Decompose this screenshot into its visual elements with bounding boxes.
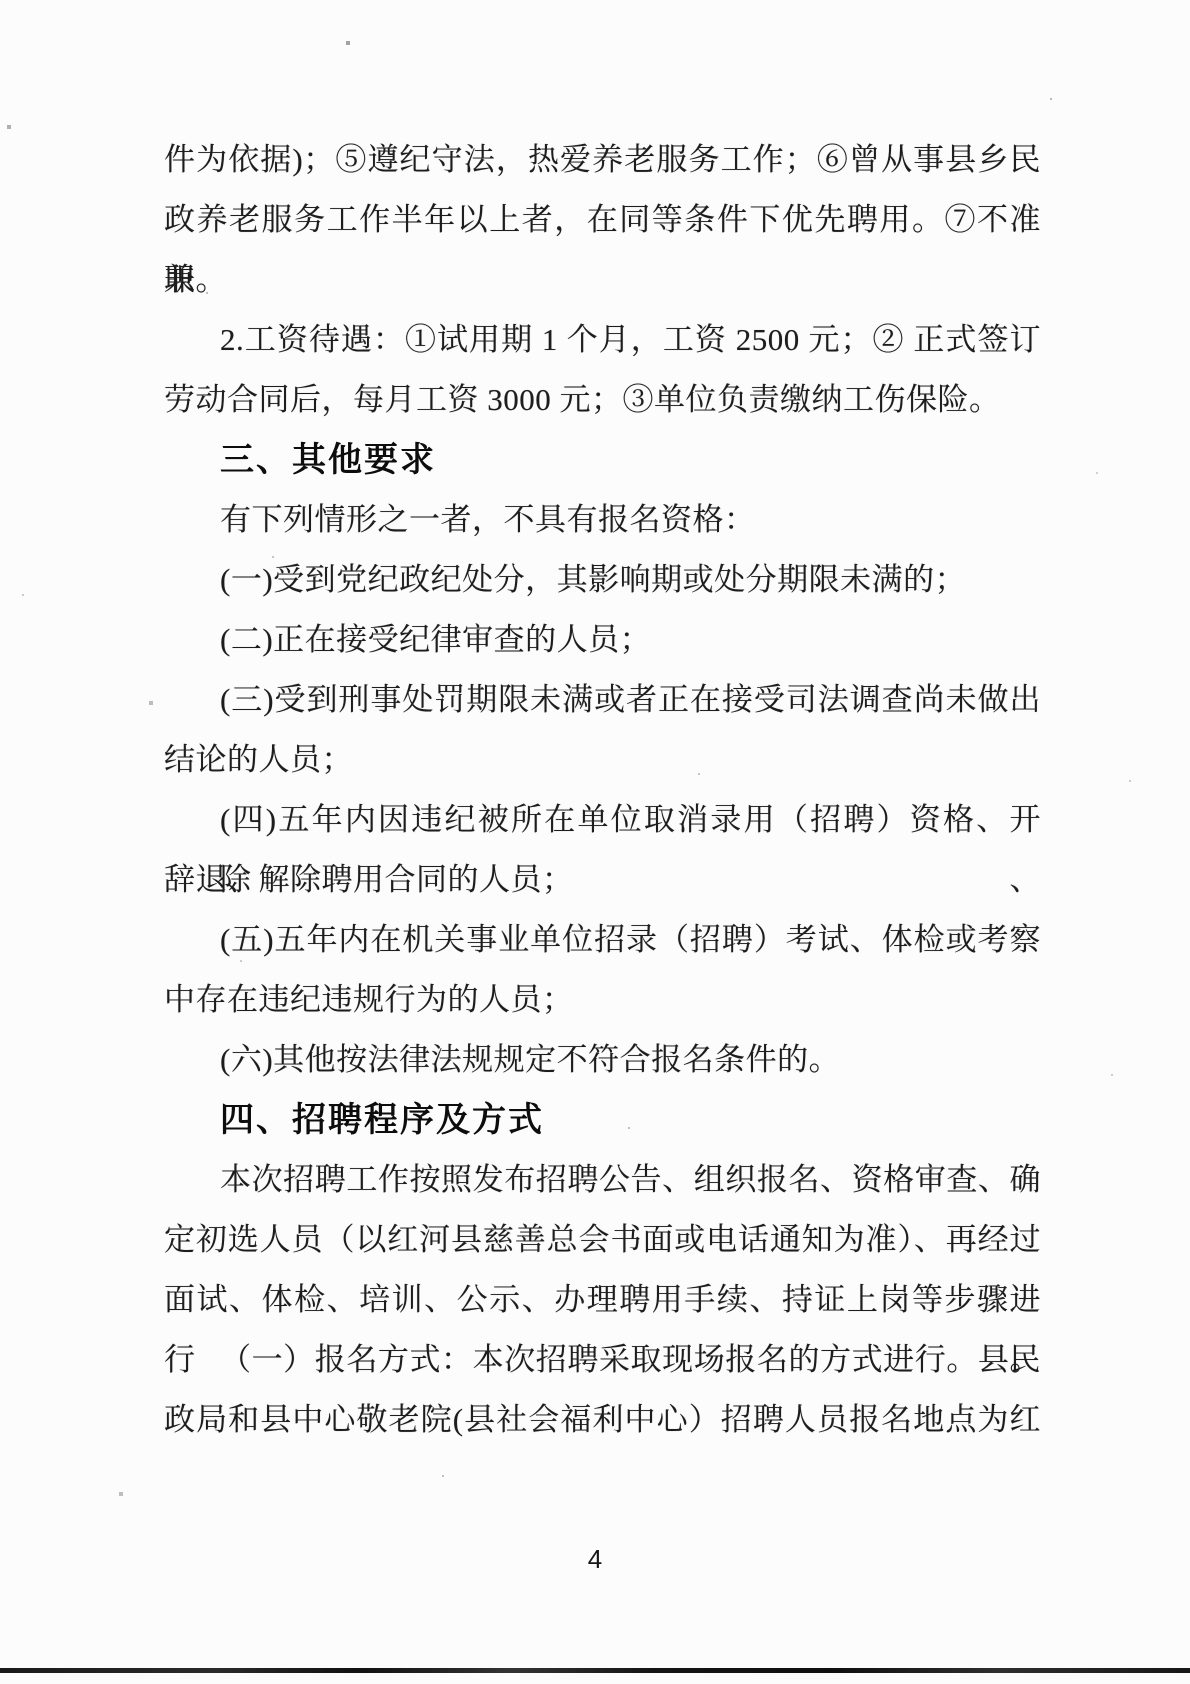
page-number: 4 <box>0 1544 1190 1575</box>
section-heading: 三、其他要求 <box>164 430 1041 490</box>
text-line: 政养老服务工作半年以上者，在同等条件下优先聘用。⑦不准兼 <box>164 190 1041 250</box>
text-line: 本次招聘工作按照发布招聘公告、组织报名、资格审查、确 <box>164 1150 1041 1210</box>
text-line: (二)正在接受纪律审查的人员； <box>164 610 1041 670</box>
scanned-document-page: 件为依据)；⑤遵纪守法，热爱养老服务工作；⑥曾从事县乡民政养老服务工作半年以上者… <box>0 0 1190 1684</box>
text-line: (三)受到刑事处罚期限未满或者正在接受司法调查尚未做出 <box>164 670 1041 730</box>
text-line: 有下列情形之一者，不具有报名资格： <box>164 490 1041 550</box>
text-line: 中存在违纪违规行为的人员； <box>164 970 1041 1030</box>
text-line: 结论的人员； <box>164 730 1041 790</box>
text-line: 面试、体检、培训、公示、办理聘用手续、持证上岗等步骤进行。 <box>164 1270 1041 1330</box>
text-line: 件为依据)；⑤遵纪守法，热爱养老服务工作；⑥曾从事县乡民 <box>164 130 1041 190</box>
scan-noise <box>0 0 2 2</box>
text-line: (六)其他按法律法规规定不符合报名条件的。 <box>164 1030 1041 1090</box>
text-line: 2.工资待遇：①试用期 1 个月，工资 2500 元；② 正式签订 <box>164 310 1041 370</box>
section-heading: 四、招聘程序及方式 <box>164 1090 1041 1150</box>
scan-edge-line <box>0 1668 1190 1673</box>
text-line: (四)五年内因违纪被所在单位取消录用（招聘）资格、开除、 <box>164 790 1041 850</box>
text-line: 职。 <box>164 250 1041 310</box>
text-line: 政局和县中心敬老院(县社会福利中心）招聘人员报名地点为红 <box>164 1390 1041 1450</box>
text-line: （一）报名方式：本次招聘采取现场报名的方式进行。县民 <box>164 1330 1041 1390</box>
text-line: 劳动合同后，每月工资 3000 元；③单位负责缴纳工伤保险。 <box>164 370 1041 430</box>
text-line: (一)受到党纪政纪处分，其影响期或处分期限未满的； <box>164 550 1041 610</box>
text-line: 定初选人员（以红河县慈善总会书面或电话通知为准）、再经过 <box>164 1210 1041 1270</box>
text-line: (五)五年内在机关事业单位招录（招聘）考试、体检或考察 <box>164 910 1041 970</box>
document-body: 件为依据)；⑤遵纪守法，热爱养老服务工作；⑥曾从事县乡民政养老服务工作半年以上者… <box>164 130 1041 1450</box>
